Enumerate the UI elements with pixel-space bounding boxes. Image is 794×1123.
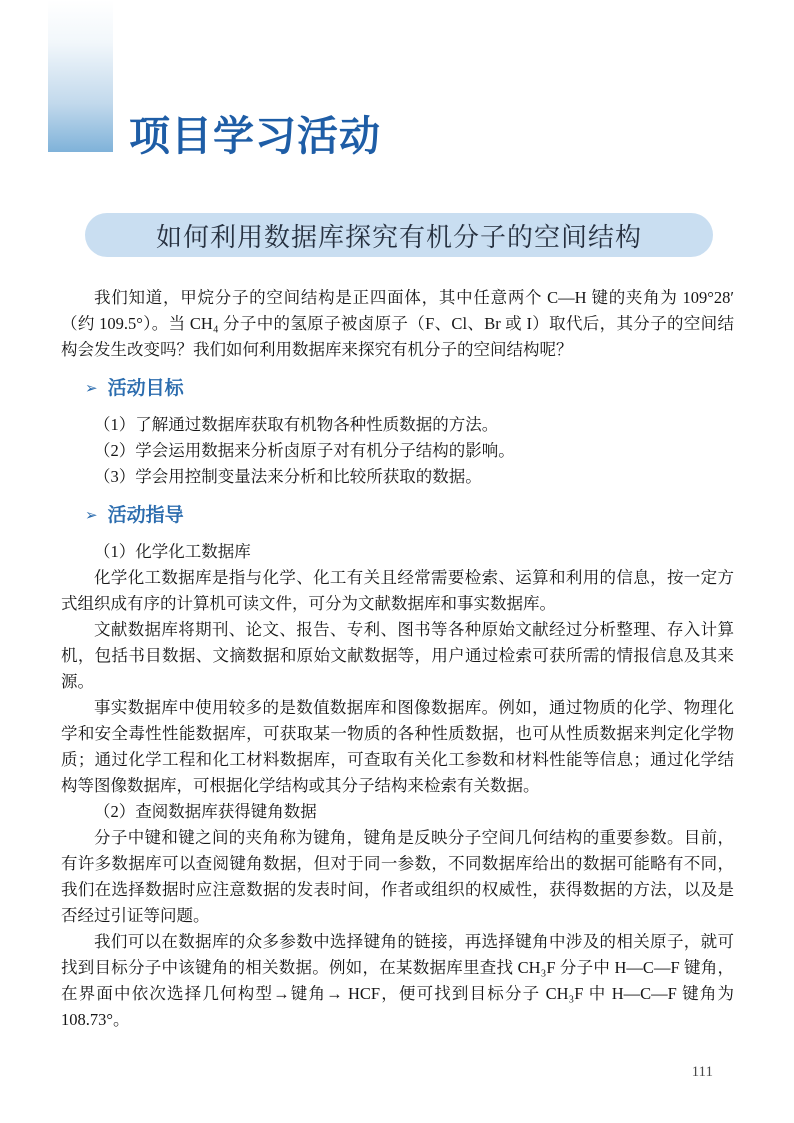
activity-title: 如何利用数据库探究有机分子的空间结构 xyxy=(156,217,642,254)
guidance-paragraph: 事实数据库中使用较多的是数值数据库和图像数据库。例如，通过物质的化学、物理化学和… xyxy=(61,695,734,799)
arrowhead-right-icon: ➢ xyxy=(85,378,98,400)
textbook-page: 项目学习活动 如何利用数据库探究有机分子的空间结构 我们知道，甲烷分子的空间结构… xyxy=(0,0,794,1123)
guidance-subheading: （2）查阅数据库获得键角数据 xyxy=(61,799,734,825)
guidance-paragraph: 我们可以在数据库的众多参数中选择键角的链接，再选择键角中涉及的相关原子，就可找到… xyxy=(61,929,734,1033)
chapter-title: 项目学习活动 xyxy=(129,103,381,162)
guidance-subheading: （1）化学化工数据库 xyxy=(61,539,734,565)
section-header-guidance: ➢ 活动指导 xyxy=(61,505,734,527)
goal-item: （2）学会运用数据来分析卤原子对有机分子结构的影响。 xyxy=(61,438,734,464)
arrowhead-right-icon: ➢ xyxy=(85,505,98,527)
section-title-guidance: 活动指导 xyxy=(108,505,184,527)
guidance-paragraph: 分子中键和键之间的夹角称为键角，键角是反映分子空间几何结构的重要参数。目前，有许… xyxy=(61,825,734,929)
guidance-paragraph: 文献数据库将期刊、论文、报告、专利、图书等各种原始文献经过分析整理、存入计算机，… xyxy=(61,617,734,695)
goal-item: （3）学会用控制变量法来分析和比较所获取的数据。 xyxy=(61,464,734,490)
page-number: 111 xyxy=(692,1064,713,1081)
section-header-goals: ➢ 活动目标 xyxy=(61,378,734,400)
goal-item: （1）了解通过数据库获取有机物各种性质数据的方法。 xyxy=(61,412,734,438)
intro-paragraph: 我们知道，甲烷分子的空间结构是正四面体，其中任意两个 C—H 键的夹角为 109… xyxy=(61,285,734,363)
activity-title-banner: 如何利用数据库探究有机分子的空间结构 xyxy=(85,213,713,257)
section-title-goals: 活动目标 xyxy=(108,378,184,400)
page-body: 我们知道，甲烷分子的空间结构是正四面体，其中任意两个 C—H 键的夹角为 109… xyxy=(61,285,734,1033)
guidance-paragraph: 化学化工数据库是指与化学、化工有关且经常需要检索、运算和利用的信息，按一定方式组… xyxy=(61,565,734,617)
chapter-gradient-block xyxy=(48,0,113,152)
